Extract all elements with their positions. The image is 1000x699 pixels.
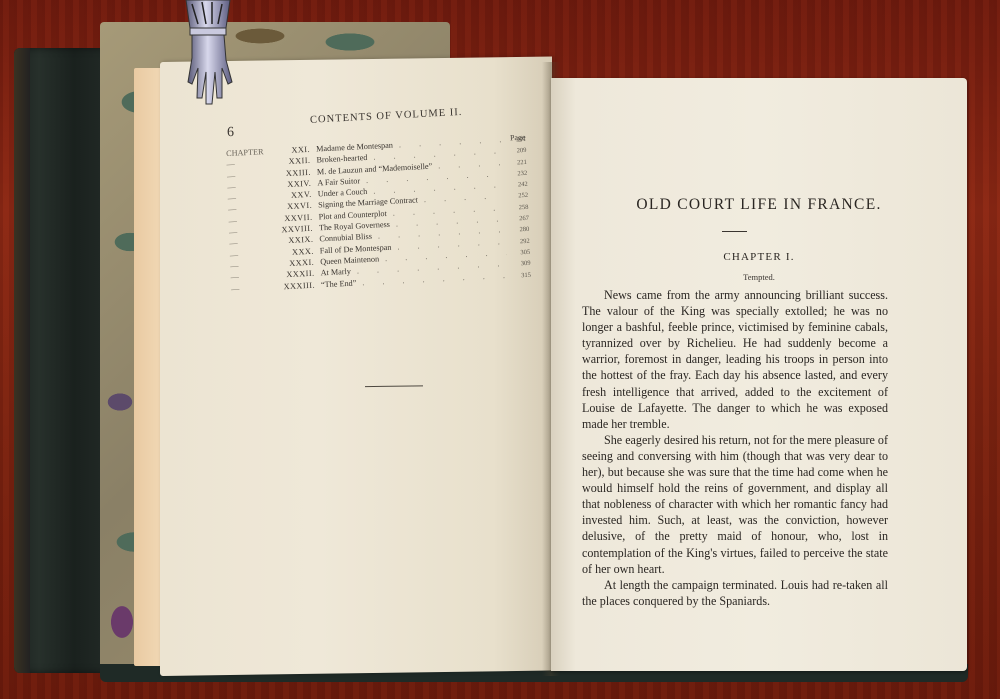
toc-chapter-title: Queen Maintenon — [320, 254, 379, 266]
toc-page-number: 267 — [505, 215, 529, 223]
toc-chapter-numeral: XXXII. — [259, 269, 321, 281]
hand-bookmark-icon — [178, 0, 238, 108]
toc-chapter-numeral: XXVIII. — [257, 224, 319, 236]
toc-chapter-title: “The End” — [321, 278, 357, 289]
toc-lead: — — [228, 193, 256, 203]
toc-page-number: 201 — [502, 136, 526, 144]
toc-page-number: 292 — [506, 237, 530, 245]
chapter-subtitle: Tempted. — [551, 272, 967, 282]
toc-page-number: 258 — [504, 204, 528, 212]
toc-lead: — — [226, 159, 254, 169]
toc-chapter-numeral: XXI. — [254, 145, 316, 157]
chapter-heading: CHAPTER I. — [551, 251, 967, 263]
toc-lead: — — [227, 170, 255, 180]
paragraph: She eagerly desired his return, not for … — [582, 432, 888, 577]
toc-chapter-numeral: XXV. — [256, 190, 318, 202]
right-page: OLD COURT LIFE IN FRANCE. CHAPTER I. Tem… — [551, 78, 967, 671]
toc-chapter-numeral: XXVII. — [256, 212, 318, 224]
toc-lead: — — [229, 227, 257, 237]
toc-page-number: 280 — [505, 226, 529, 234]
toc-page-number: 242 — [504, 181, 528, 189]
table-of-contents: CHAPTERXXI.Madame de Montespan. . . . . … — [226, 134, 531, 296]
page-number: 6 — [227, 125, 234, 141]
toc-page-number: 221 — [503, 158, 527, 166]
chapter-body: News came from the army announcing brill… — [582, 287, 888, 609]
contents-title: CONTENTS OF VOLUME II. — [310, 107, 463, 126]
toc-chapter-numeral: XXIII. — [255, 167, 317, 179]
toc-chapter-numeral: XXIV. — [255, 178, 317, 190]
toc-lead: — — [229, 238, 257, 248]
paragraph: News came from the army announcing brill… — [582, 287, 888, 432]
toc-lead: — — [228, 215, 256, 225]
toc-chapter-numeral: XXXI. — [258, 257, 320, 269]
toc-chapter-numeral: XXX. — [258, 246, 320, 258]
title-rule — [722, 231, 747, 232]
divider-rule — [365, 385, 423, 387]
toc-lead: — — [230, 249, 258, 259]
spine-edge — [14, 48, 30, 673]
book-title: OLD COURT LIFE IN FRANCE. — [551, 196, 967, 214]
toc-chapter-title: At Marly — [320, 267, 351, 278]
toc-page-number: 315 — [507, 271, 531, 279]
toc-chapter-title: Under a Couch — [318, 187, 368, 198]
toc-page-number: 309 — [506, 260, 530, 268]
toc-lead: — — [227, 182, 255, 192]
toc-lead: — — [228, 204, 256, 214]
toc-lead: — — [231, 283, 259, 293]
toc-chapter-numeral: XXII. — [254, 156, 316, 168]
toc-chapter-numeral: XXIX. — [257, 235, 319, 247]
toc-page-number: 305 — [506, 249, 530, 257]
toc-lead: — — [230, 260, 258, 270]
toc-lead: CHAPTER — [226, 148, 254, 158]
toc-chapter-title: Broken-hearted — [316, 153, 367, 165]
paragraph: At length the campaign terminated. Louis… — [582, 577, 888, 609]
toc-page-number: 252 — [504, 192, 528, 200]
toc-lead: — — [231, 272, 259, 282]
toc-page-number: 232 — [503, 170, 527, 178]
toc-chapter-numeral: XXXIII. — [259, 280, 321, 292]
toc-chapter-title: Connubial Bliss — [319, 232, 372, 244]
left-page: 6 CONTENTS OF VOLUME II. Page CHAPTERXXI… — [160, 57, 552, 676]
toc-chapter-numeral: XXVI. — [256, 201, 318, 213]
toc-chapter-title: A Fair Suitor — [317, 176, 360, 187]
toc-page-number: 209 — [502, 147, 526, 155]
